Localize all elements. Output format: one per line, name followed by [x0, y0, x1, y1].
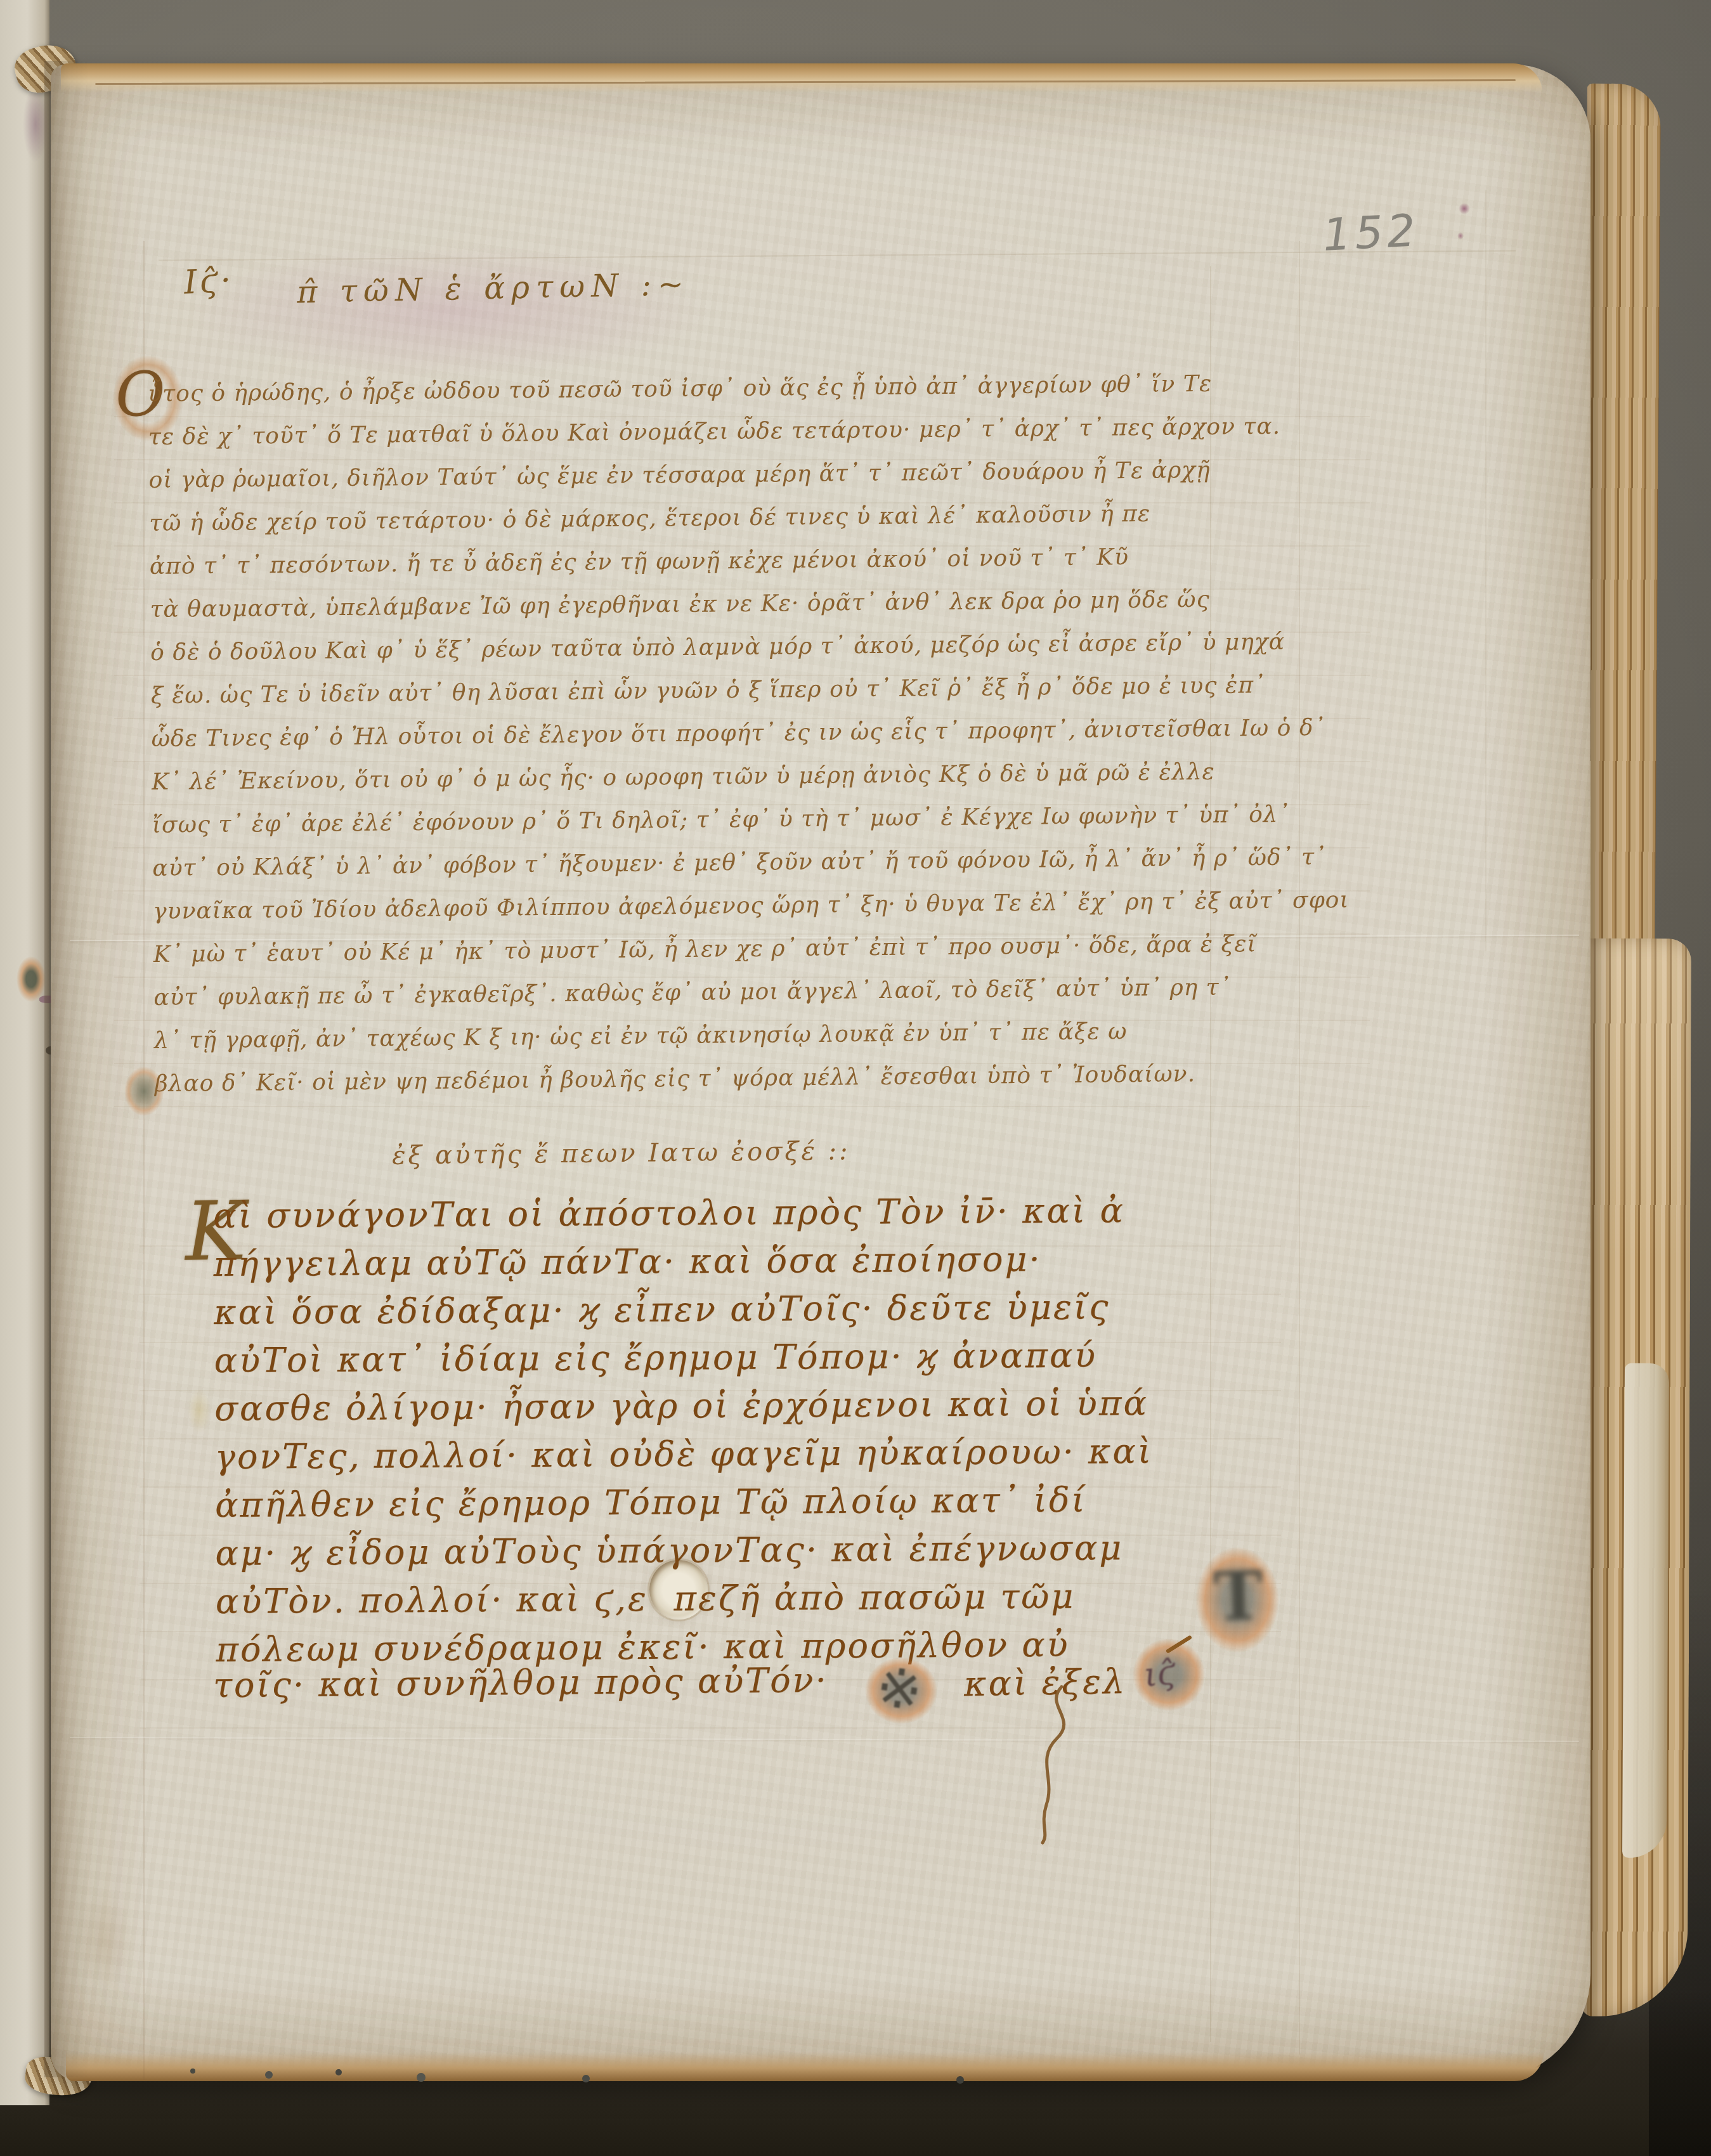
lection-line: πήγγειλαμ αὐΤῷ πάνΤα· καὶ ὅσα ἐποίησομ·: [213, 1235, 1139, 1289]
lection-line: γονΤες, πολλοί· καὶ οὐδὲ φαγεῖμ ηὐκαίρου…: [214, 1427, 1140, 1481]
stain-purple-dot-1: [1459, 203, 1470, 214]
stain-bottom-left: [76, 1890, 133, 1991]
lection-line: αὐΤοὶ κατ᾽ ἰδίαμ εἰς ἔρημομ Τόπομ· ϗ ἀνα…: [214, 1331, 1140, 1385]
lection-number-glyph: ιϛ̂: [1142, 1654, 1178, 1695]
page-bottom-edge: [66, 2052, 1544, 2081]
lection-last-line: τοῖς· καὶ συνῆλθομ πρὸς αὐΤόν·: [213, 1656, 828, 1710]
lection-line: ἀπῆλθεν εἰς ἔρημορ Τόπομ Τῷ πλοίῳ κατ᾽ ἰ…: [215, 1476, 1141, 1529]
ruling-line-margin: [1485, 190, 1487, 951]
fore-edge-page-stack-upper: [1581, 84, 1661, 985]
page-bottom-ink-specks: [190, 2068, 195, 2074]
chapter-number: Ιϛ̂·: [183, 261, 234, 302]
stain-yellow: [188, 1389, 211, 1433]
page-top-edge: [61, 63, 1542, 93]
lection-line: αμ· ϗ εἶδομ αὐΤοὺς ὑπάγονΤας· καὶ ἐπέγνω…: [215, 1524, 1141, 1578]
lection-line: καὶ ὅσα ἐδίδαξαμ· ϗ εἶπεν αὐΤοῖς· δεῦτε …: [214, 1283, 1140, 1337]
tau-mark-glyph: Τ: [1213, 1557, 1265, 1637]
fore-edge-page-stack-light: [1622, 1363, 1669, 1858]
lection-line: αὶ συνάγονΤαι οἱ ἀπόστολοι πρὸς Τὸν ἰν̄·…: [213, 1186, 1139, 1240]
lection-line: σασθε ὀλίγομ· ἦσαν γὰρ οἱ ἐρχόμενοι καὶ …: [214, 1379, 1140, 1433]
stain-pink-header: [190, 245, 710, 378]
margin-lection-number: ιϛ̂: [1128, 1633, 1210, 1716]
lection-end-ornament: ※: [860, 1653, 942, 1729]
stain-spot-facing: [16, 956, 46, 1002]
commentary-text-block: ὗτος ὁ ἡρώδης, ὁ ἦρξε ὠδδου τοῦ πεσῶ τοῦ…: [148, 362, 1303, 1106]
gutter-shadow: [44, 61, 89, 2077]
lection-line: αὐΤὸν. πολλοί· καὶ ϛ,ε πεζῆ ἀπὸ πασῶμ τῶ…: [216, 1572, 1142, 1626]
folio-number: 152: [1322, 204, 1421, 261]
asterisk-ornament-icon: ※: [872, 1654, 926, 1724]
stain-purple-dot-2: [1457, 232, 1464, 240]
facing-page-edge: [0, 0, 49, 2105]
pen-flourish: [991, 1683, 1098, 1848]
rubric-line: ἐξ αὐτῆς ἔ πεων Ιατω ἐοσξέ ::: [392, 1136, 850, 1171]
lection-text-block: αὶ συνάγονΤαι οἱ ἀπόστολοι πρὸς Τὸν ἰν̄·…: [213, 1186, 1142, 1674]
